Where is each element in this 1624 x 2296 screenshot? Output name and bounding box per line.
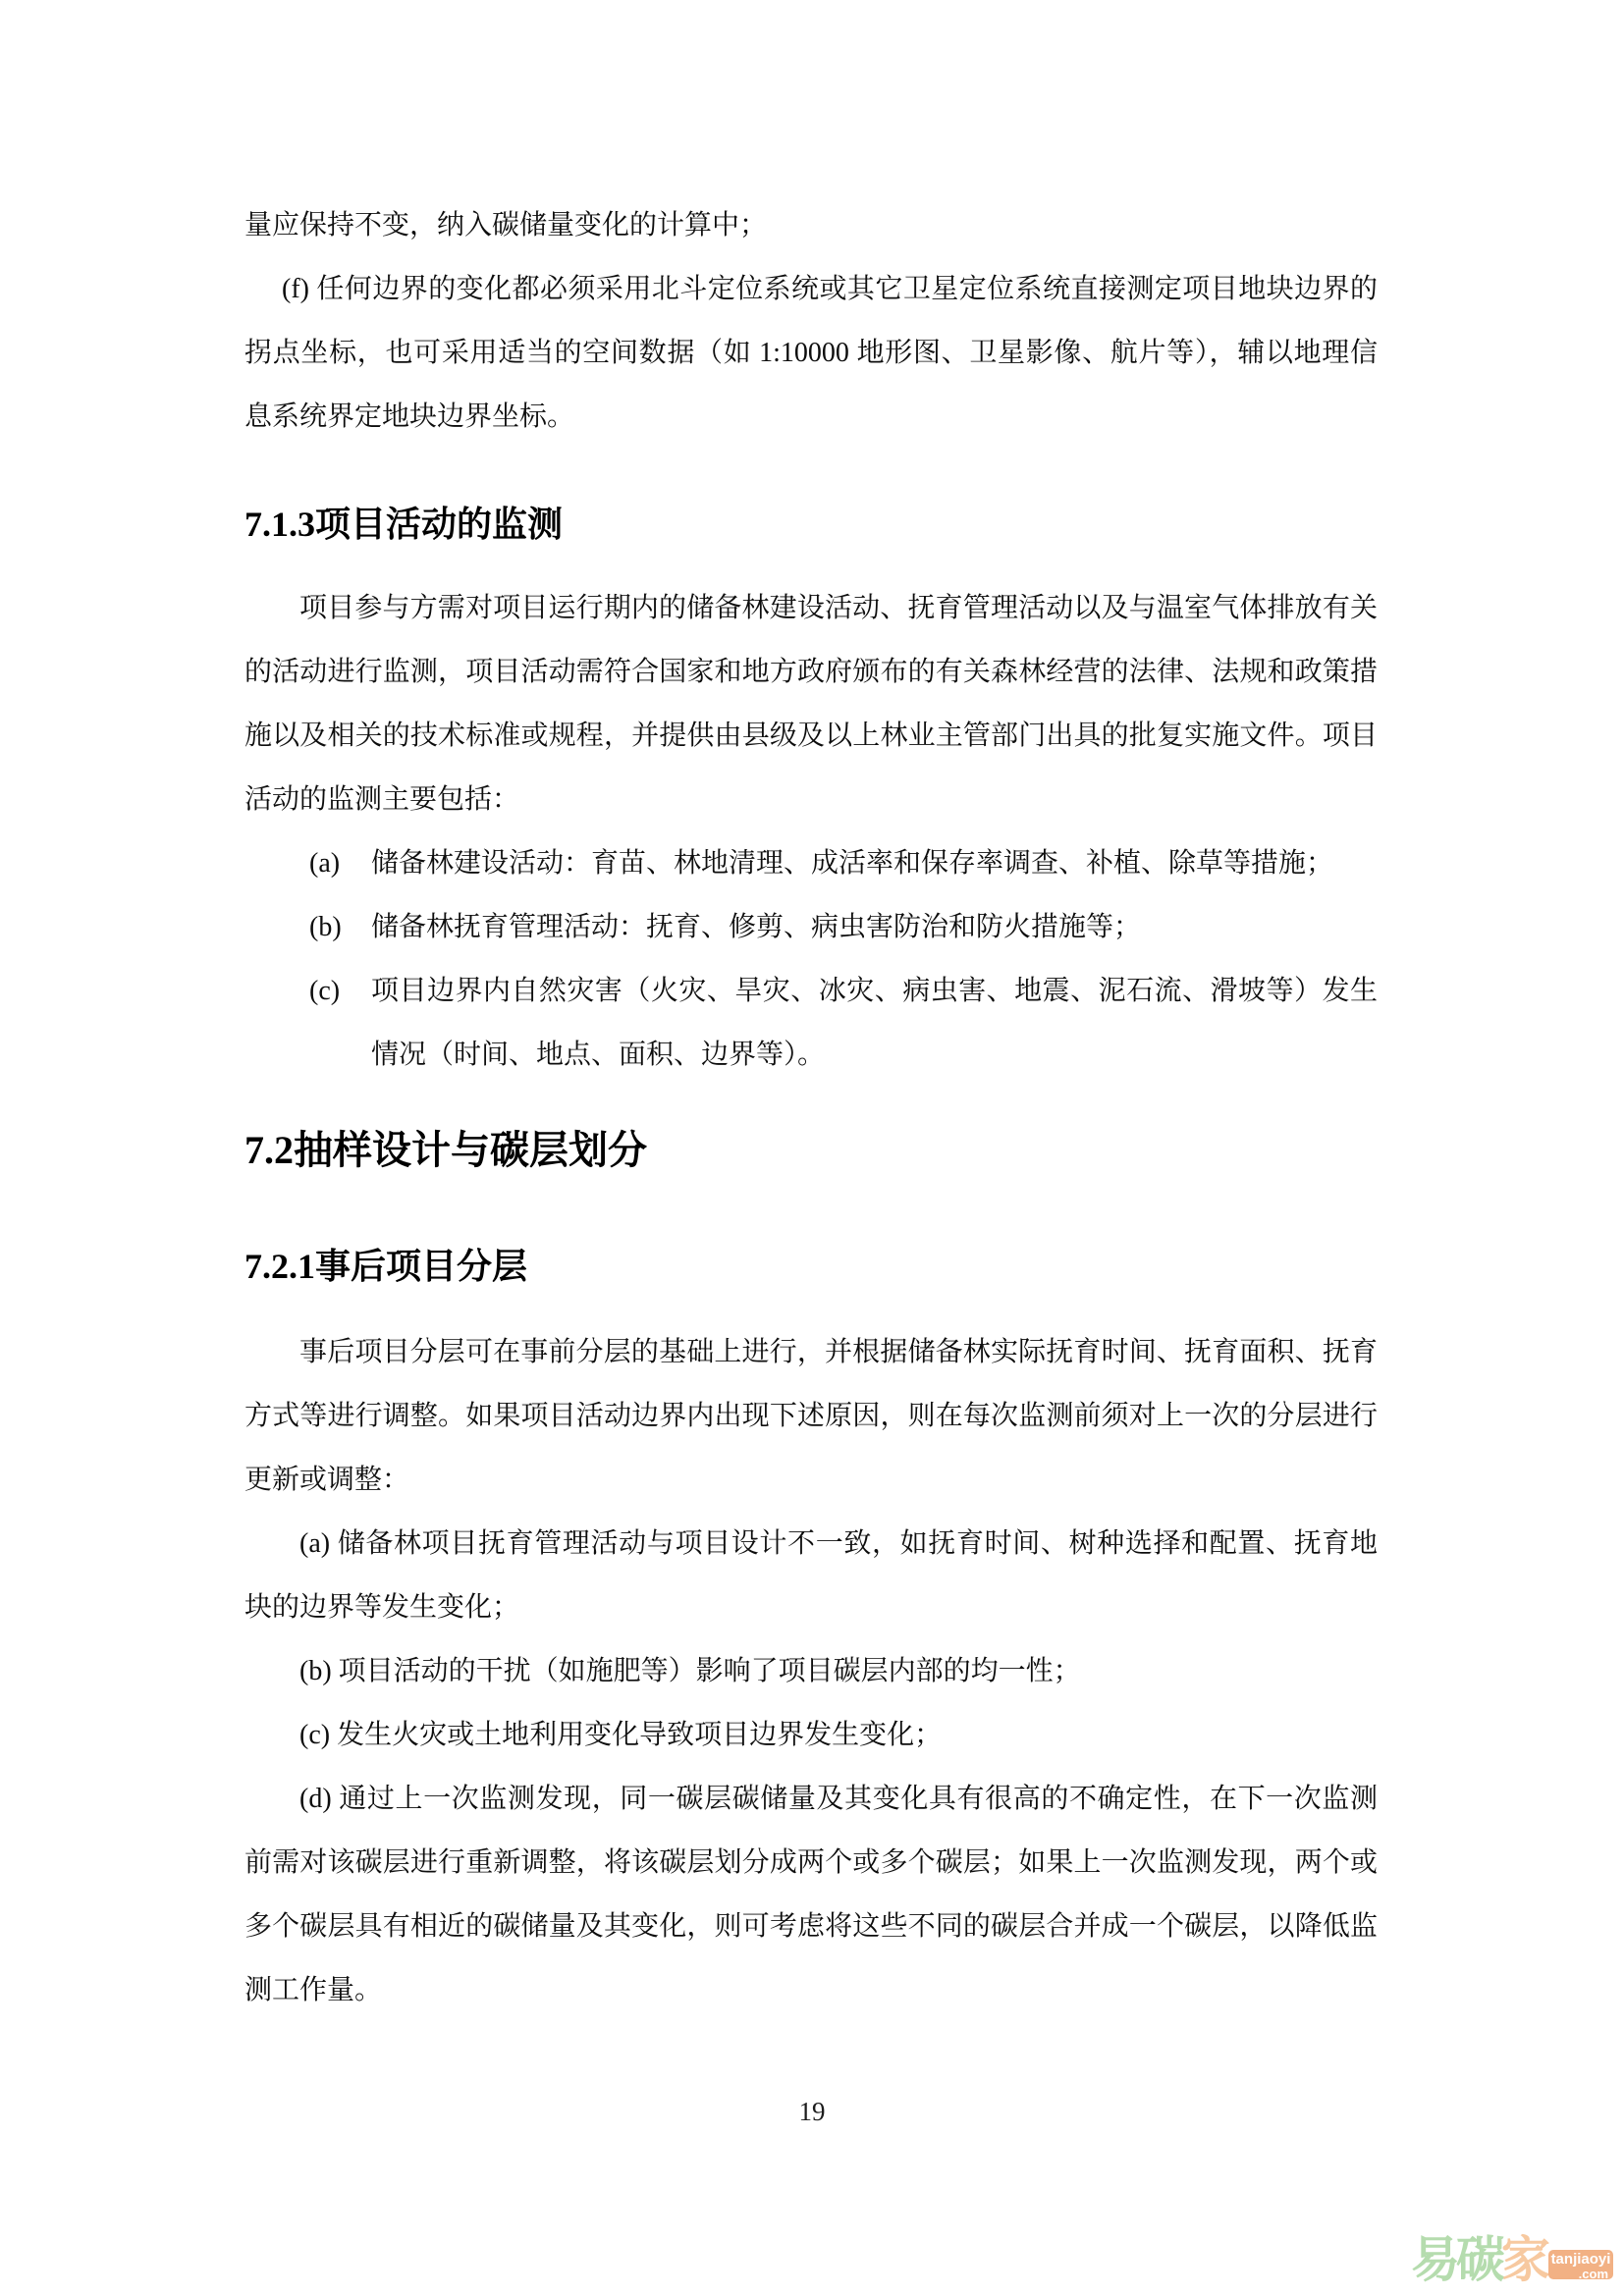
watermark-logo: 易碳家 tanjiaoyi .com [1411,2230,1617,2291]
paragraph-monitoring: 项目参与方需对项目运行期内的储备林建设活动、抚育管理活动以及与温室气体排放有关的… [244,576,1378,831]
watermark-char-tan: 碳 [1456,2232,1501,2287]
list-marker: (a) [309,831,340,895]
list-marker: (c) [309,959,340,1023]
watermark-badge-com: .com [1548,2268,1613,2279]
document-page: 量应保持不变，纳入碳储量变化的计算中； (f) 任何边界的变化都必须采用北斗定位… [0,0,1624,2296]
list-item: (a)储备林建设活动：育苗、林地清理、成活率和保存率调查、补植、除草等措施； [244,831,1378,895]
section-heading-7-2-1: 7.2.1事后项目分层 [244,1235,1378,1299]
watermark-badge: tanjiaoyi .com [1548,2250,1613,2279]
list-item: (c)项目边界内自然灾害（火灾、旱灾、冰灾、病虫害、地震、泥石流、滑坡等）发生情… [244,959,1378,1087]
watermark-char-jia: 家 [1501,2232,1546,2287]
list-marker: (b) [309,895,342,959]
section-heading-7-1-3: 7.1.3项目活动的监测 [244,493,1378,557]
list-item-text: 项目边界内自然灾害（火灾、旱灾、冰灾、病虫害、地震、泥石流、滑坡等）发生情况（时… [371,976,1378,1070]
paragraph-item-d: (d) 通过上一次监测发现，同一碳层碳储量及其变化具有很高的不确定性，在下一次监… [244,1767,1378,2022]
list-item-text: 储备林建设活动：育苗、林地清理、成活率和保存率调查、补植、除草等措施； [371,848,1333,879]
paragraph-item-c: (c) 发生火灾或土地利用变化导致项目边界发生变化； [244,1703,1378,1767]
page-number: 19 [0,2092,1624,2131]
watermark-char-yi: 易 [1411,2232,1456,2287]
list-item: (b)储备林抚育管理活动：抚育、修剪、病虫害防治和防火措施等； [244,895,1378,959]
section-heading-7-2: 7.2抽样设计与碳层划分 [244,1116,1378,1185]
paragraph-item-f: (f) 任何边界的变化都必须采用北斗定位系统或其它卫星定位系统直接测定项目地块边… [244,257,1378,449]
monitoring-activities-list: (a)储备林建设活动：育苗、林地清理、成活率和保存率调查、补植、除草等措施； (… [244,831,1378,1087]
carryover-paragraph: 量应保持不变，纳入碳储量变化的计算中； [244,193,1378,257]
list-item-text: 储备林抚育管理活动：抚育、修剪、病虫害防治和防火措施等； [371,912,1141,942]
paragraph-post-stratification: 事后项目分层可在事前分层的基础上进行，并根据储备林实际抚育时间、抚育面积、抚育方… [244,1320,1378,1512]
watermark-text: 易碳家 [1411,2230,1546,2289]
watermark-badge-domain: tanjiaoyi [1548,2252,1613,2268]
paragraph-item-b: (b) 项目活动的干扰（如施肥等）影响了项目碳层内部的均一性； [244,1639,1378,1703]
page-content: 量应保持不变，纳入碳储量变化的计算中； (f) 任何边界的变化都必须采用北斗定位… [244,193,1378,2022]
paragraph-item-a: (a) 储备林项目抚育管理活动与项目设计不一致，如抚育时间、树种选择和配置、抚育… [244,1512,1378,1639]
